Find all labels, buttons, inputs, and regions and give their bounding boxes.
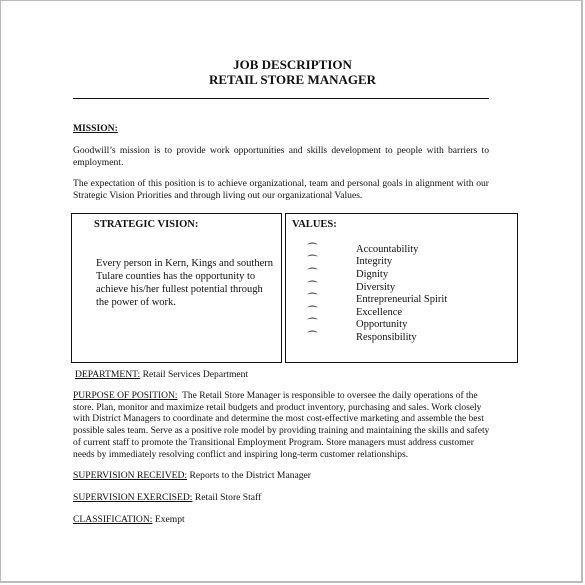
arc-bullet-icon: ⁀ [308,255,356,268]
value-item-label: Responsibility [356,332,417,343]
document-subtitle: RETAIL STORE MANAGER [0,72,585,88]
value-item: ⁀Diversity [308,281,447,294]
arc-bullet-icon: ⁀ [308,281,356,294]
value-item-label: Dignity [356,269,388,280]
classification-label: CLASSIFICATION: [73,514,152,525]
strategic-vision-box: STRATEGIC VISION: Every person in Kern, … [71,213,282,363]
value-item: ⁀Excellence [308,306,447,319]
purpose-value: The Retail Store Manager is responsible … [73,391,489,460]
header-divider [73,98,489,99]
supervision-exercised-value: Retail Store Staff [195,492,261,503]
purpose-label: PURPOSE OF POSITION: [73,391,178,401]
value-item-label: Entrepreneurial Spirit [356,294,447,305]
value-item: ⁀Accountability [308,243,447,256]
supervision-exercised-label: SUPERVISION EXERCISED: [73,492,192,503]
classification-line: CLASSIFICATION: Exempt [73,514,185,526]
arc-bullet-icon: ⁀ [308,306,356,319]
value-item: ⁀Entrepreneurial Spirit [308,293,447,306]
value-item-label: Opportunity [356,319,407,330]
supervision-received-value: Reports to the District Manager [190,470,312,481]
supervision-received-line: SUPERVISION RECEIVED: Reports to the Dis… [73,470,311,482]
supervision-received-label: SUPERVISION RECEIVED: [73,470,187,481]
value-item-label: Accountability [356,244,418,255]
values-heading: VALUES: [292,219,337,230]
classification-value: Exempt [155,514,185,525]
supervision-exercised-line: SUPERVISION EXERCISED: Retail Store Staf… [73,492,261,504]
mission-heading: MISSION: [73,123,118,135]
department-label: DEPARTMENT: [75,369,140,380]
arc-bullet-icon: ⁀ [308,268,356,281]
value-item: ⁀Integrity [308,256,447,269]
values-list: ⁀Accountability⁀Integrity⁀Dignity⁀Divers… [308,243,447,344]
value-item: ⁀Dignity [308,268,447,281]
arc-bullet-icon: ⁀ [308,293,356,306]
department-value: Retail Services Department [143,369,249,380]
arc-bullet-icon: ⁀ [308,243,356,256]
value-item-label: Integrity [356,256,392,267]
purpose-paragraph: PURPOSE OF POSITION: The Retail Store Ma… [73,391,493,461]
values-box: VALUES: ⁀Accountability⁀Integrity⁀Dignit… [285,213,518,363]
department-line: DEPARTMENT: Retail Services Department [75,369,248,381]
arc-bullet-icon: ⁀ [308,318,356,331]
document-title: JOB DESCRIPTION [0,57,585,73]
value-item-label: Diversity [356,282,395,293]
strategic-vision-text: Every person in Kern, Kings and southern… [96,257,276,309]
expectation-paragraph: The expectation of this position is to a… [73,178,489,202]
arc-bullet-icon: ⁀ [308,331,356,344]
strategic-vision-heading: STRATEGIC VISION: [94,219,198,230]
value-item: ⁀Opportunity [308,319,447,332]
mission-paragraph: Goodwill’s mission is to provide work op… [73,145,489,169]
value-item: ⁀Responsibility [308,331,447,344]
value-item-label: Excellence [356,307,402,318]
